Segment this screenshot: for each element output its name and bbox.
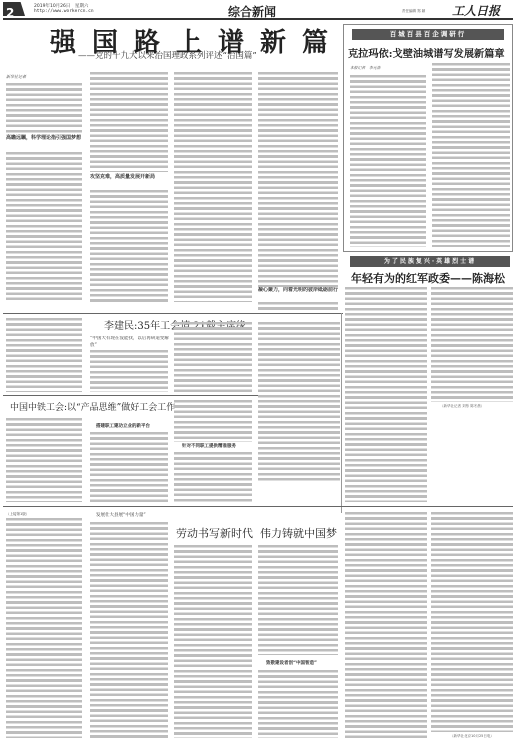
- lead-byline: 新华社记者: [6, 74, 26, 80]
- site-url[interactable]: http://www.workercn.cn: [34, 9, 94, 14]
- bottom-column-3: [174, 545, 252, 738]
- right-mid-column-1: [345, 287, 427, 412]
- li-subhead: “中国大有现在没能找，以后再研道变解放”: [90, 336, 170, 349]
- bottom-column-6: [431, 512, 513, 732]
- lead-subhead-2: 攻坚克难，高质量发展开新局: [90, 173, 168, 181]
- bottom-column-2: [90, 522, 168, 738]
- lead-subhead-1: 高瞻远瞩，科学理论指引强国梦想: [6, 134, 84, 142]
- steel-column-3a: [174, 400, 252, 442]
- bottom-column-4a: [258, 545, 338, 655]
- bottom-subhead-2: 致敬建设者创“中国智造”: [266, 660, 317, 666]
- bottom-credit: （新华社北京10月25日电）: [450, 734, 494, 739]
- right-top-column-2: [432, 63, 510, 247]
- lead-column-4b: [258, 302, 338, 312]
- steel-headline: 中国中铁工会:以“产品思维”做好工会工作: [10, 400, 175, 413]
- steel-subhead-2: 针对不同职工提供精准服务: [182, 443, 236, 449]
- lead-column-1a: [6, 83, 82, 133]
- right-mid-column-2: [431, 287, 513, 402]
- li-column-lead: [6, 318, 82, 392]
- lead-column-2a: [90, 72, 168, 172]
- right-top-box: 百城百县百企调研行 克拉玛依:戈壁油城谱写发展新篇章 本报记者 李元浩: [343, 24, 513, 252]
- lead-column-3: [174, 72, 252, 302]
- steel-subhead-1: 搭建职工建功立业的新平台: [96, 423, 150, 429]
- lead-column-2b: [90, 190, 168, 302]
- li-column-2: [174, 322, 252, 392]
- bottom-column-4b: [258, 670, 338, 738]
- right-mid-headline: 年轻有为的红军政委——陈海松: [351, 270, 505, 286]
- lead-column-1b: [6, 152, 82, 302]
- li-column-3: [258, 322, 340, 482]
- right-top-headline: 克拉玛依:戈壁油城谱写发展新篇章: [348, 45, 505, 60]
- bottom-subhead-1: 发展壮大县展“中国力量”: [96, 512, 146, 518]
- bottom-headline-1: 劳动书写新时代: [176, 525, 253, 541]
- editor-credit: 责任编辑 郑 颖: [402, 9, 425, 14]
- steel-column-1: [6, 418, 82, 502]
- bottom-column-5: [345, 512, 427, 738]
- page-number-badge: 2: [3, 2, 25, 16]
- lead-subhead-3: 凝心聚力，向着光明的彼岸砥砺前行: [258, 287, 338, 294]
- right-top-column-1: [350, 75, 426, 247]
- right-mid-credit: （新华社记者 刘彤 陈冬晨）: [440, 404, 484, 409]
- right-top-banner: 百城百县百企调研行: [352, 29, 504, 40]
- lead-subhead: ——党的十九大以来治国理政系列评述“治国篇”: [78, 49, 257, 61]
- steel-column-3b: [174, 452, 252, 502]
- bottom-headline-2: 伟力铸就中国梦: [260, 525, 337, 541]
- lead-column-4a: [258, 72, 338, 287]
- right-mid-banner: 为了民族复兴·英雄烈士谱: [350, 256, 510, 267]
- steel-column-2: [90, 432, 168, 502]
- bottom-lead-in: （上接第1版）: [6, 512, 29, 517]
- bottom-column-1: [6, 518, 82, 738]
- right-top-byline: 本报记者 李元浩: [350, 65, 380, 71]
- chenhaisong-column-3: [345, 412, 427, 502]
- newspaper-logo: 工人日报: [452, 2, 500, 19]
- li-column-1: [90, 350, 168, 392]
- masthead: 2 2019年10月26日 星期六 http://www.workercn.cn…: [0, 0, 515, 18]
